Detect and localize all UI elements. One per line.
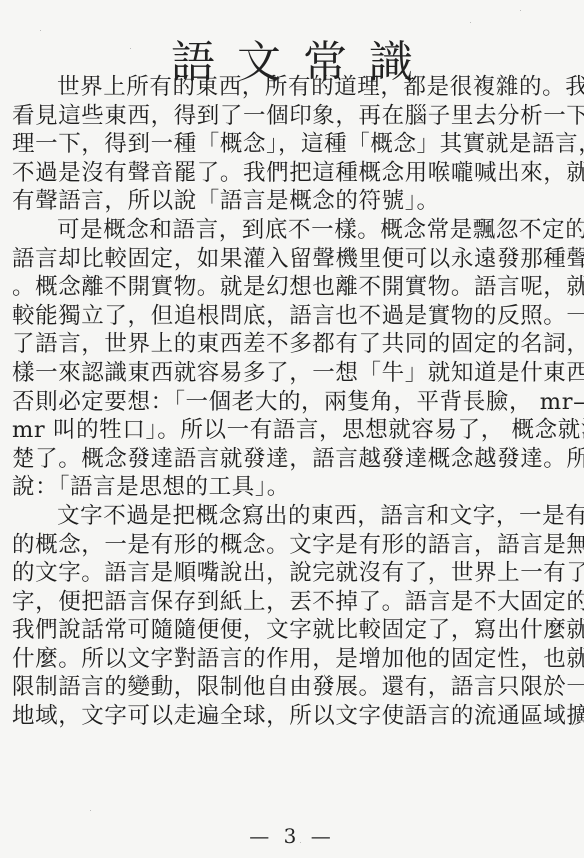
scan-speck: [130, 48, 131, 49]
paragraph-3: 文字不過是把概念寫出的東西，語言和文字，一是有聲 的概念，一是有形的概念。文字是…: [12, 502, 578, 731]
text-line: 字，便把語言保存到紙上，丟不掉了。語言是不大固定的，: [12, 588, 578, 617]
text-line: 樣一來認識東西就容易多了，一想「牛」就知道是什東西，: [12, 359, 578, 388]
text-line: 可是概念和語言，到底不一樣。概念常是飄忽不定的，: [12, 216, 578, 245]
text-line: 語言却比較固定，如果灌入留聲機里便可以永遠發那種聲音: [12, 245, 578, 274]
paragraph-2: 可是概念和語言，到底不一樣。概念常是飄忽不定的， 語言却比較固定，如果灌入留聲機…: [12, 216, 578, 502]
scan-speck: [40, 30, 41, 31]
text-line: 否則必定要想：「一個老大的，兩隻角，平背長臉， mr—: [12, 388, 578, 417]
scan-speck: [520, 10, 521, 11]
scan-speck: [470, 22, 471, 23]
text-line: 地域，文字可以走遍全球，所以文字使語言的流通區域擴大: [12, 702, 578, 731]
text-line: 了語言，世界上的東西差不多都有了共同的固定的名詞，這: [12, 330, 578, 359]
text-line: mr 叫的牲口」。所以一有語言，思想就容易了， 概念就清: [12, 416, 578, 445]
text-line: 理一下，得到一種「概念」，這種「概念」其實就是語言，: [12, 130, 578, 159]
text-line: 看見這些東西，得到了一個印象，再在腦子里去分析一下整: [12, 102, 578, 131]
text-line: 楚了。概念發達語言就發達，語言越發達概念越發達。所以: [12, 445, 578, 474]
body-text: 世界上所有的東西，所有的道理，都是很複雜的。我們 看見這些東西，得到了一個印象，…: [12, 73, 578, 731]
text-line: 不過是沒有聲音罷了。我們把這種概念用喉嚨喊出來，就是: [12, 159, 578, 188]
text-line: 什麼。所以文字對語言的作用，是增加他的固定性，也就是: [12, 645, 578, 674]
scan-speck: [90, 810, 91, 811]
text-line: 有聲語言，所以說「語言是概念的符號」。: [12, 187, 578, 216]
scan-speck: [300, 842, 301, 843]
text-line: 的概念，一是有形的概念。文字是有形的語言，語言是無聲: [12, 531, 578, 560]
paragraph-1: 世界上所有的東西，所有的道理，都是很複雜的。我們 看見這些東西，得到了一個印象，…: [12, 73, 578, 216]
scanned-page: 語文常識 世界上所有的東西，所有的道理，都是很複雜的。我們 看見這些東西，得到了…: [0, 0, 584, 858]
text-line: 說：「語言是思想的工具」。: [12, 473, 578, 502]
text-line: 限制語言的變動，限制他自由發展。還有，語言只限於一小: [12, 673, 578, 702]
text-line: 我們說話常可隨隨便便，文字就比較固定了，寫出什麼就是: [12, 616, 578, 645]
text-line: 。概念離不開實物。就是幻想也離不開實物。語言呢，就比: [12, 273, 578, 302]
text-line: 的文字。語言是順嘴說出，說完就沒有了，世界上一有了文: [12, 559, 578, 588]
page-number: — 3 —: [0, 824, 584, 848]
text-line: 世界上所有的東西，所有的道理，都是很複雜的。我們: [12, 73, 578, 102]
text-line: 文字不過是把概念寫出的東西，語言和文字，一是有聲: [12, 502, 578, 531]
text-line: 較能獨立了，但追根問底，語言也不過是實物的反照。一有: [12, 302, 578, 331]
